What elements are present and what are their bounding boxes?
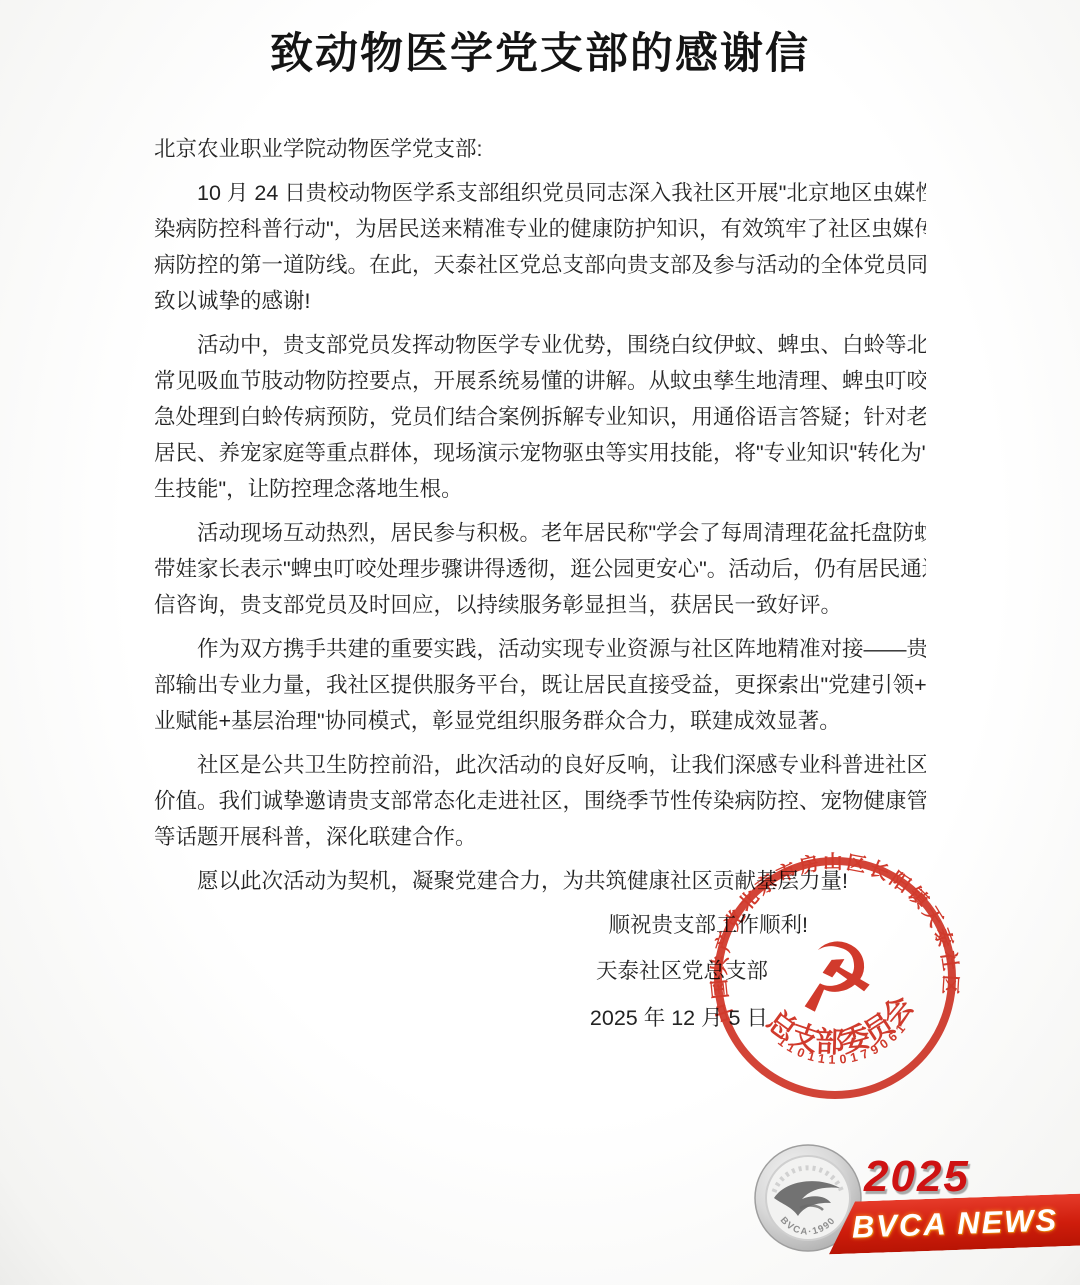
letter-line: 作为双方携手共建的重要实践，活动实现专业资源与社区阵地精准对接——贵支 bbox=[154, 631, 926, 667]
footer-logo: BVCA·1990 2025 BVCA NEWS bbox=[752, 1138, 1080, 1268]
news-banner-label: BVCA NEWS bbox=[827, 1194, 1080, 1255]
letter-line: 业赋能+基层治理"协同模式，彰显党组织服务群众合力，联建成效显著。 bbox=[154, 703, 926, 739]
letter-paragraph: 活动现场互动热烈，居民参与积极。老年居民称"学会了每周清理花盆托盘防蚊"，带娃家… bbox=[154, 515, 926, 623]
letter-line: 愿以此次活动为契机，凝聚党建合力，为共筑健康社区贡献基层力量! bbox=[154, 863, 926, 899]
letter-line: 急处理到白蛉传病预防，党员们结合案例拆解专业知识，用通俗语言答疑；针对老年 bbox=[154, 399, 926, 435]
letter-line: 活动现场互动热烈，居民参与积极。老年居民称"学会了每周清理花盆托盘防蚊"， bbox=[154, 515, 926, 551]
letter-line: 信咨询，贵支部党员及时回应，以持续服务彰显担当，获居民一致好评。 bbox=[154, 587, 926, 623]
letter-line: 10 月 24 日贵校动物医学系支部组织党员同志深入我社区开展"北京地区虫媒性传 bbox=[154, 175, 926, 211]
closing-block: 顺祝贵支部工作顺利! 天泰社区党总支部 2025 年 12 月 5 日 bbox=[154, 903, 926, 1042]
salutation: 北京农业职业学院动物医学党支部: bbox=[154, 131, 926, 167]
letter-paragraph: 社区是公共卫生防控前沿，此次活动的良好反响，让我们深感专业科普进社区的价值。我们… bbox=[154, 747, 926, 855]
letter-paragraphs: 10 月 24 日贵校动物医学系支部组织党员同志深入我社区开展"北京地区虫媒性传… bbox=[154, 175, 926, 899]
letter-line: 部输出专业力量，我社区提供服务平台，既让居民直接受益，更探索出"党建引领+专 bbox=[154, 667, 926, 703]
letter-line: 带娃家长表示"蜱虫叮咬处理步骤讲得透彻，逛公园更安心"。活动后，仍有居民通过微 bbox=[154, 551, 926, 587]
closing-wish: 顺祝贵支部工作顺利! bbox=[154, 903, 926, 948]
news-banner: BVCA NEWS bbox=[827, 1194, 1080, 1255]
letter-line: 价值。我们诚挚邀请贵支部常态化走进社区，围绕季节性传染病防控、宠物健康管理 bbox=[154, 783, 926, 819]
letter-line: 活动中，贵支部党员发挥动物医学专业优势，围绕白纹伊蚊、蜱虫、白蛉等北京 bbox=[154, 327, 926, 363]
letter-line: 社区是公共卫生防控前沿，此次活动的良好反响，让我们深感专业科普进社区的 bbox=[154, 747, 926, 783]
signature-date: 2025 年 12 月 5 日 bbox=[154, 995, 926, 1042]
letter-paragraph: 作为双方携手共建的重要实践，活动实现专业资源与社区阵地精准对接——贵支部输出专业… bbox=[154, 631, 926, 739]
letter-line: 染病防控科普行动"，为居民送来精准专业的健康防护知识，有效筑牢了社区虫媒传染 bbox=[154, 211, 926, 247]
letter-line: 居民、养宠家庭等重点群体，现场演示宠物驱虫等实用技能，将"专业知识"转化为"民 bbox=[154, 435, 926, 471]
letter-paragraph: 活动中，贵支部党员发挥动物医学专业优势，围绕白纹伊蚊、蜱虫、白蛉等北京常见吸血节… bbox=[154, 327, 926, 507]
letter-paragraph: 10 月 24 日贵校动物医学系支部组织党员同志深入我社区开展"北京地区虫媒性传… bbox=[154, 175, 926, 319]
letter-line: 致以诚挚的感谢! bbox=[154, 283, 926, 319]
letter-body: 北京农业职业学院动物医学党支部: 10 月 24 日贵校动物医学系支部组织党员同… bbox=[154, 131, 926, 1042]
letter-line: 等话题开展科普，深化联建合作。 bbox=[154, 819, 926, 855]
letter-line: 病防控的第一道防线。在此，天泰社区党总支部向贵支部及参与活动的全体党员同志， bbox=[154, 247, 926, 283]
footer-year: 2025 bbox=[864, 1152, 970, 1202]
letter-line: 常见吸血节肢动物防控要点，开展系统易懂的讲解。从蚊虫孳生地清理、蜱虫叮咬应 bbox=[154, 363, 926, 399]
letter-title: 致动物医学党支部的感谢信 bbox=[0, 20, 1080, 81]
letter-paragraph: 愿以此次活动为契机，凝聚党建合力，为共筑健康社区贡献基层力量! bbox=[154, 863, 926, 899]
signature-org: 天泰社区党总支部 bbox=[154, 948, 926, 995]
letter-line: 生技能"，让防控理念落地生根。 bbox=[154, 471, 926, 507]
